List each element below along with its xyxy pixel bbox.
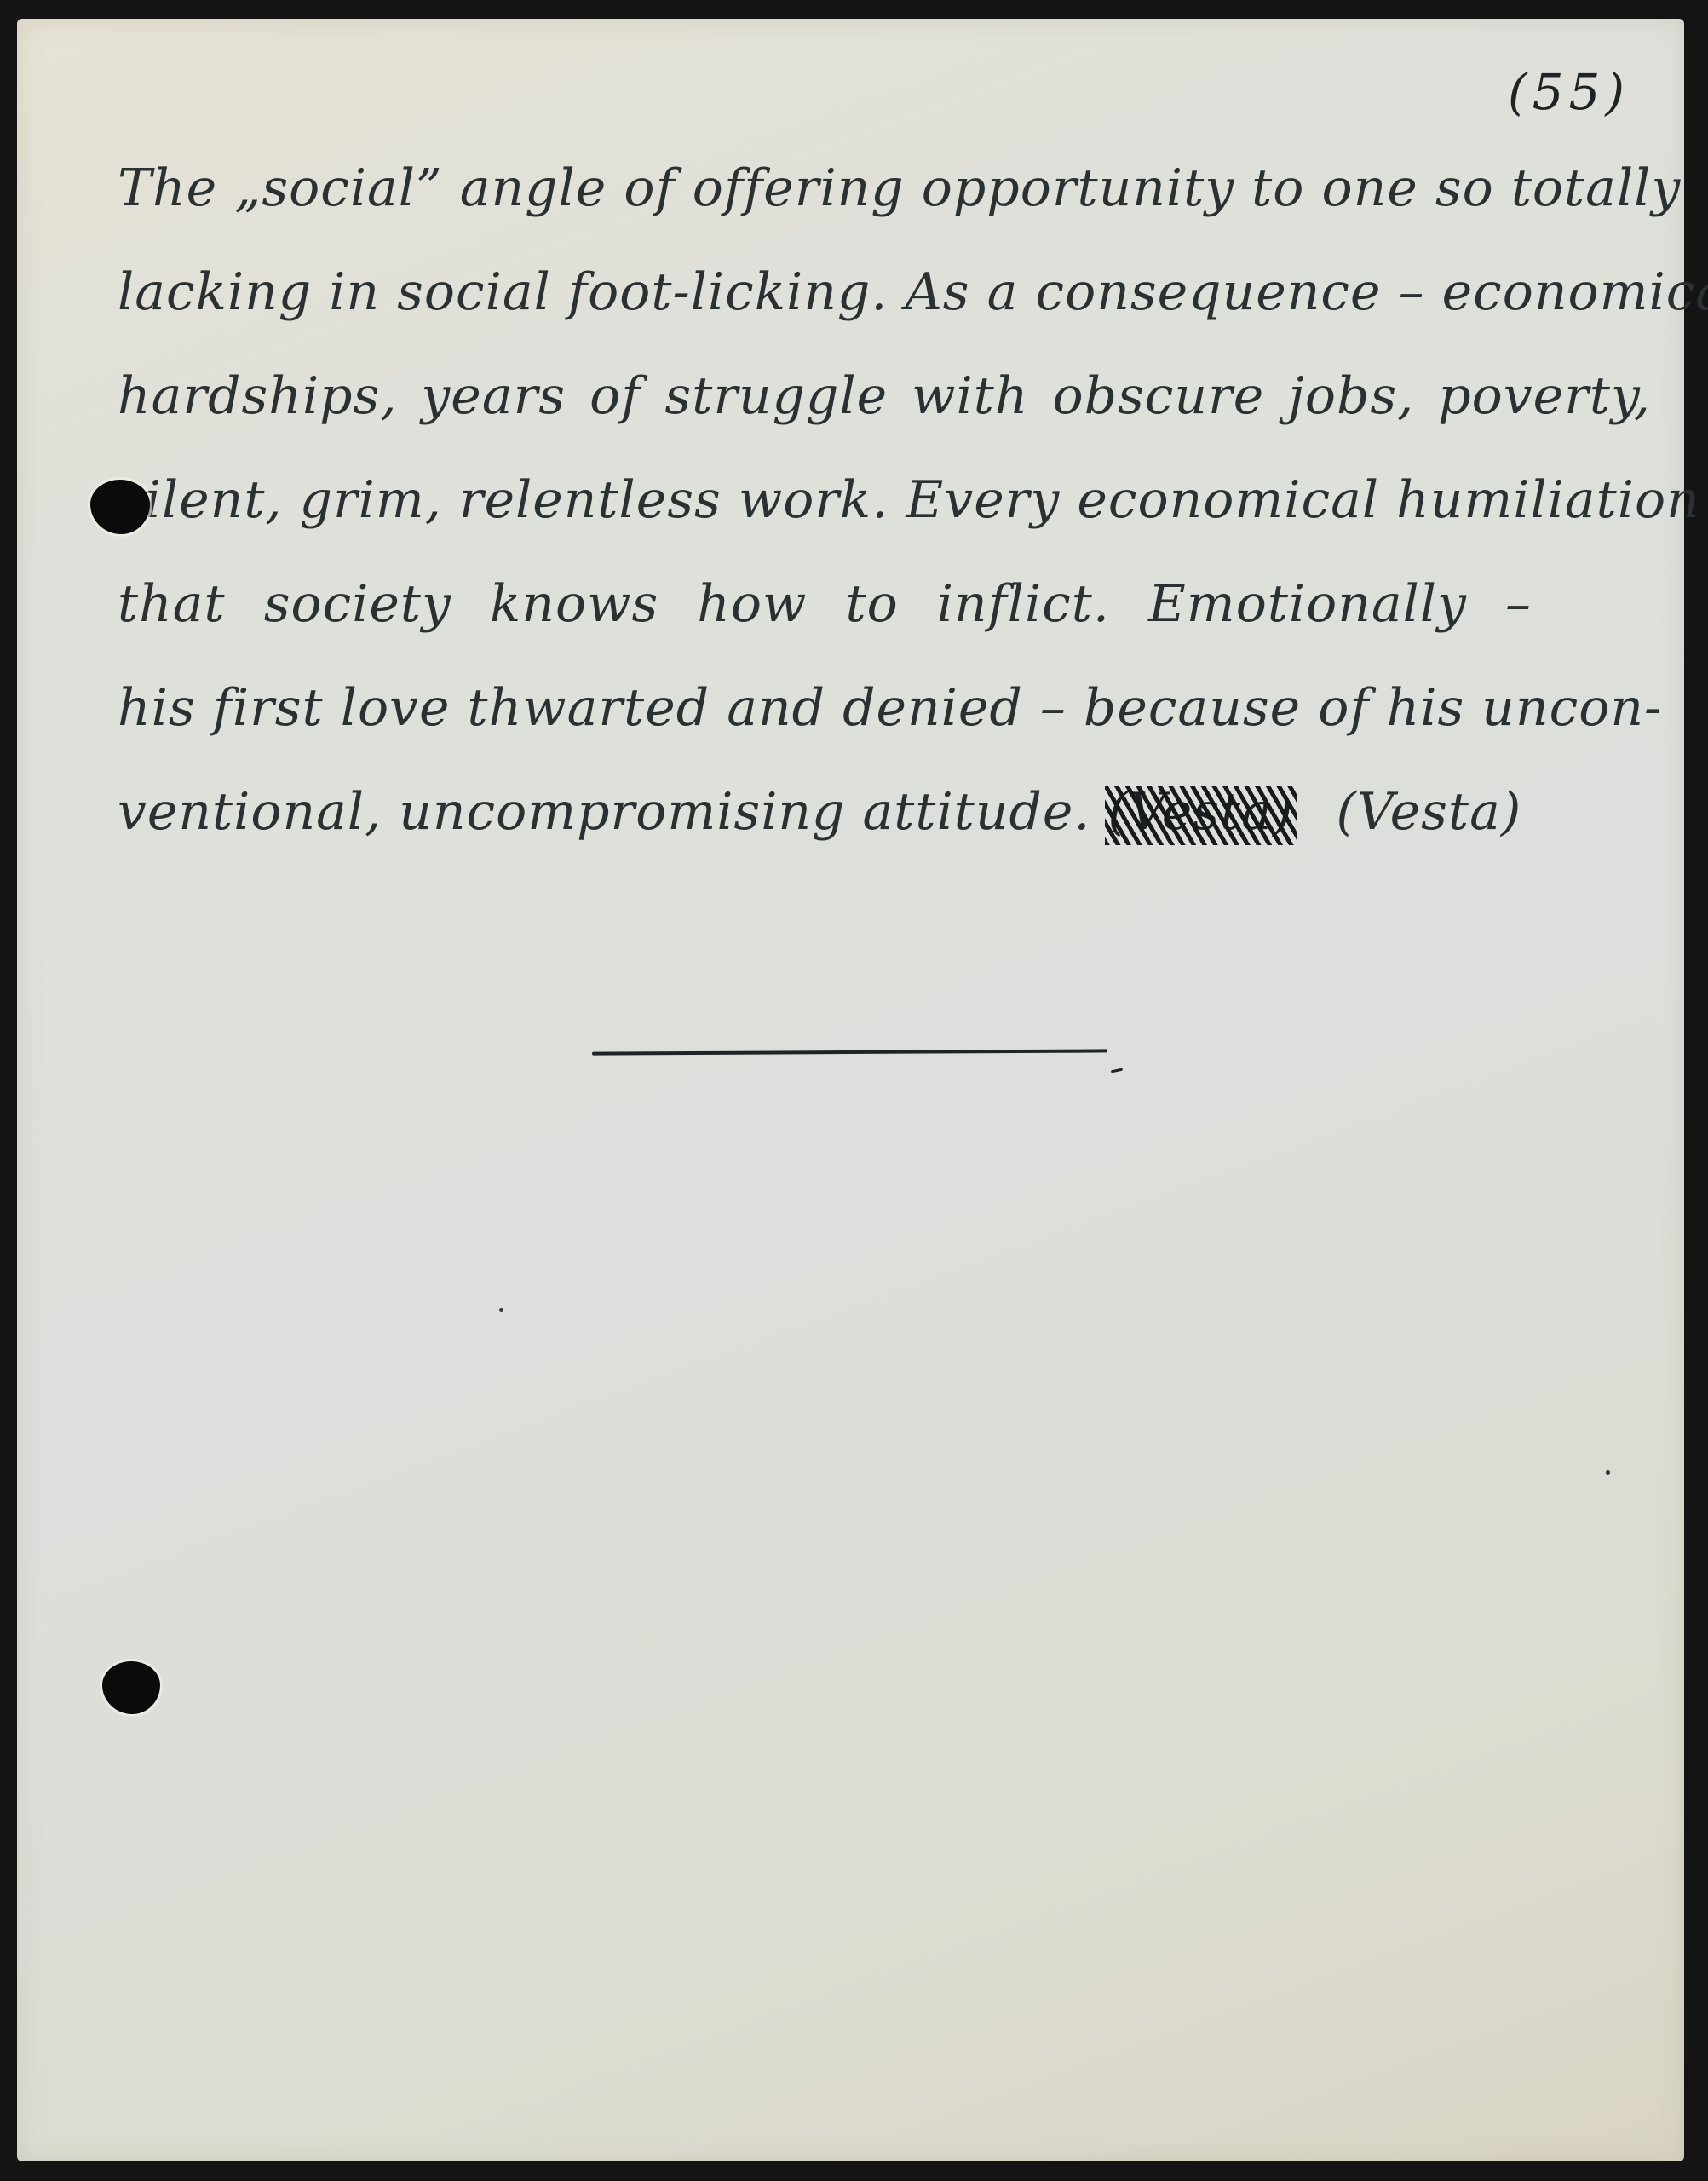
paper-speck	[1606, 1470, 1610, 1475]
text-line-2: lacking in social foot-licking. As a con…	[118, 240, 1651, 344]
annotation-vesta: (Vesta)	[1336, 782, 1521, 842]
text-line-4: silent, grim, relentless work. Every eco…	[118, 448, 1651, 552]
text-line-7: ventional, uncompromising attitude. (Ves…	[118, 760, 1651, 864]
handwritten-text-block: The „social” angle of offering opportuni…	[118, 136, 1651, 864]
manuscript-page: (55) The „social” angle of offering oppo…	[17, 19, 1684, 2161]
struck-out-word: (Vesta)	[1108, 760, 1294, 864]
punch-hole-bottom	[102, 1661, 160, 1714]
last-line-text: ventional, uncompromising attitude.	[118, 782, 1090, 842]
text-line-6: his first love thwarted and denied – bec…	[118, 656, 1651, 760]
text-line-3: hardships, years of struggle with obscur…	[118, 344, 1651, 448]
text-line-1: The „social” angle of offering opportuni…	[118, 136, 1651, 240]
section-divider-rule	[592, 1049, 1107, 1055]
divider-tick-mark	[1111, 1068, 1123, 1073]
text-line-5: that society knows how to inflict. Emoti…	[118, 552, 1532, 656]
page-number: (55)	[1508, 63, 1630, 121]
paper-speck	[499, 1308, 503, 1312]
